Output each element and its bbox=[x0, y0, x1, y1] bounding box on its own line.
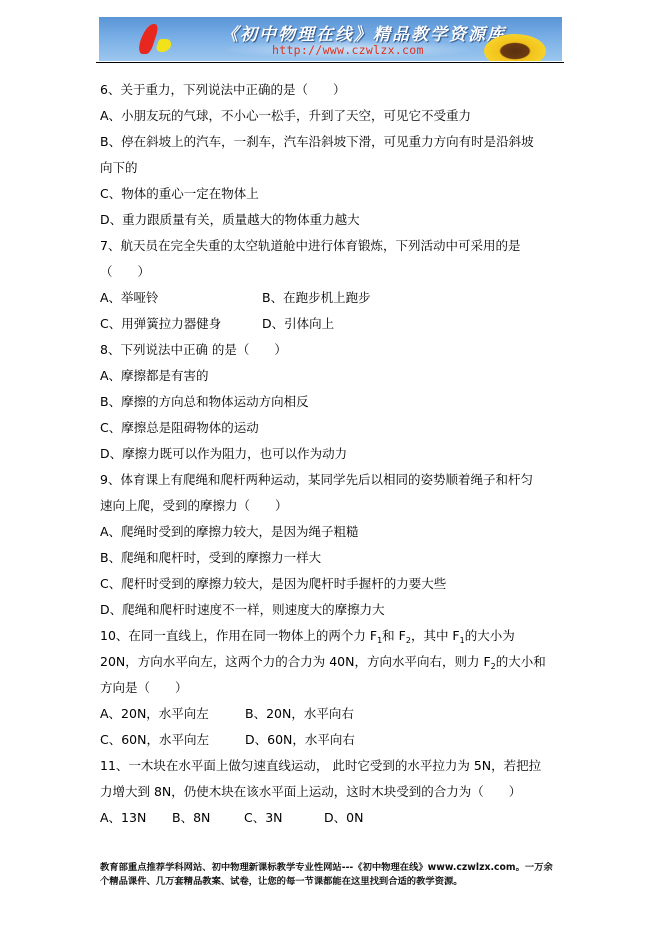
stem-text: 10、在同一直线上，作用在同一物体上的两个力 F bbox=[100, 628, 377, 643]
question-9-option-a: A、爬绳时受到的摩擦力较大，是因为绳子粗糙 bbox=[100, 524, 359, 540]
question-11-options-row: A、13NB、8NC、3ND、0N bbox=[100, 810, 363, 826]
question-6-option-b-cont: 向下的 bbox=[100, 160, 138, 176]
question-7-stem: 7、航天员在完全失重的太空轨道舱中进行体育锻炼，下列活动中可采用的是 bbox=[100, 238, 520, 254]
question-11-option-d: D、0N bbox=[324, 810, 363, 826]
page-footer: 教育部重点推荐学科网站、初中物理新课标教学专业性网站---《初中物理在线》www… bbox=[100, 861, 570, 889]
question-6-option-c: C、物体的重心一定在物体上 bbox=[100, 186, 259, 202]
header-divider bbox=[96, 62, 564, 63]
question-7-options-row-2: C、用弹簧拉力器健身D、引体向上 bbox=[100, 316, 334, 332]
question-10-option-b: B、20N，水平向右 bbox=[245, 706, 354, 722]
logo-accent-icon bbox=[155, 39, 173, 52]
footer-line-1: 教育部重点推荐学科网站、初中物理新课标教学专业性网站---《初中物理在线》www… bbox=[100, 861, 570, 875]
question-9-option-d: D、爬绳和爬杆时速度不一样，则速度大的摩擦力大 bbox=[100, 602, 385, 618]
question-8-stem: 8、下列说法中正确 的是（ ） bbox=[100, 342, 287, 358]
stem-text: ，其中 F bbox=[411, 628, 460, 643]
question-10-stem: 10、在同一直线上，作用在同一物体上的两个力 F1和 F2，其中 F1的大小为 bbox=[100, 628, 515, 644]
header-banner: 《初中物理在线》精品教学资源库 http://www.czwlzx.com bbox=[99, 17, 562, 61]
question-10-options-row-2: C、60N，水平向左D、60N，水平向右 bbox=[100, 732, 355, 748]
banner-title: 《初中物理在线》精品教学资源库 bbox=[221, 20, 506, 45]
question-7-stem-cont: （ ） bbox=[100, 264, 150, 280]
question-7-options-row-1: A、举哑铃B、在跑步机上跑步 bbox=[100, 290, 371, 306]
question-7-option-b: B、在跑步机上跑步 bbox=[262, 290, 371, 306]
question-7-option-d: D、引体向上 bbox=[262, 316, 334, 332]
question-6-option-a: A、小朋友玩的气球，不小心一松手，升到了天空，可见它不受重力 bbox=[100, 108, 471, 124]
footer-line-2: 个精品课件、几万套精品教案、试卷，让您的每一节课都能在这里找到合适的教学资源。 bbox=[100, 875, 570, 889]
banner-url[interactable]: http://www.czwlzx.com bbox=[272, 43, 424, 57]
stem-text: 的大小为 bbox=[465, 628, 515, 643]
question-10-options-row-1: A、20N，水平向左B、20N，水平向右 bbox=[100, 706, 354, 722]
question-10-option-a: A、20N，水平向左 bbox=[100, 706, 245, 722]
question-8-option-a: A、摩擦都是有害的 bbox=[100, 368, 209, 384]
question-6-stem: 6、关于重力，下列说法中正确的是（ ） bbox=[100, 82, 345, 98]
question-8-option-d: D、摩擦力既可以作为阻力，也可以作为动力 bbox=[100, 446, 347, 462]
question-7-option-c: C、用弹簧拉力器健身 bbox=[100, 316, 262, 332]
question-9-option-b: B、爬绳和爬杆时，受到的摩擦力一样大 bbox=[100, 550, 321, 566]
stem-text: 20N，方向水平向左，这两个力的合力为 40N，方向水平向右，则力 F bbox=[100, 654, 491, 669]
question-11-stem: 11、一木块在水平面上做匀速直线运动， 此时它受到的水平拉力为 5N，若把拉 bbox=[100, 758, 541, 774]
question-10-stem-end: 方向是（ ） bbox=[100, 680, 188, 696]
stem-text: 的大小和 bbox=[496, 654, 546, 669]
question-11-option-c: C、3N bbox=[244, 810, 324, 826]
question-9-option-c: C、爬杆时受到的摩擦力较大，是因为爬杆时手握杆的力要大些 bbox=[100, 576, 446, 592]
question-10-stem-cont: 20N，方向水平向左，这两个力的合力为 40N，方向水平向右，则力 F2的大小和 bbox=[100, 654, 546, 670]
sunflower-icon bbox=[484, 34, 546, 61]
question-6-option-b: B、停在斜坡上的汽车，一刹车，汽车沿斜坡下滑，可见重力方向有时是沿斜坡 bbox=[100, 134, 534, 150]
question-8-option-b: B、摩擦的方向总和物体运动方向相反 bbox=[100, 394, 309, 410]
question-7-option-a: A、举哑铃 bbox=[100, 290, 262, 306]
question-8-option-c: C、摩擦总是阻碍物体的运动 bbox=[100, 420, 259, 436]
question-6-option-d: D、重力跟质量有关，质量越大的物体重力越大 bbox=[100, 212, 360, 228]
question-11-stem-cont: 力增大到 8N，仍使木块在该水平面上运动，这时木块受到的合力为（ ） bbox=[100, 784, 521, 800]
question-10-option-d: D、60N，水平向右 bbox=[245, 732, 355, 748]
question-10-option-c: C、60N，水平向左 bbox=[100, 732, 245, 748]
question-9-stem: 9、体育课上有爬绳和爬杆两种运动，某同学先后以相同的姿势顺着绳子和杆匀 bbox=[100, 472, 533, 488]
question-11-option-b: B、8N bbox=[172, 810, 244, 826]
question-9-stem-cont: 速向上爬，受到的摩擦力（ ） bbox=[100, 498, 288, 514]
question-11-option-a: A、13N bbox=[100, 810, 172, 826]
stem-text: 和 F bbox=[382, 628, 406, 643]
